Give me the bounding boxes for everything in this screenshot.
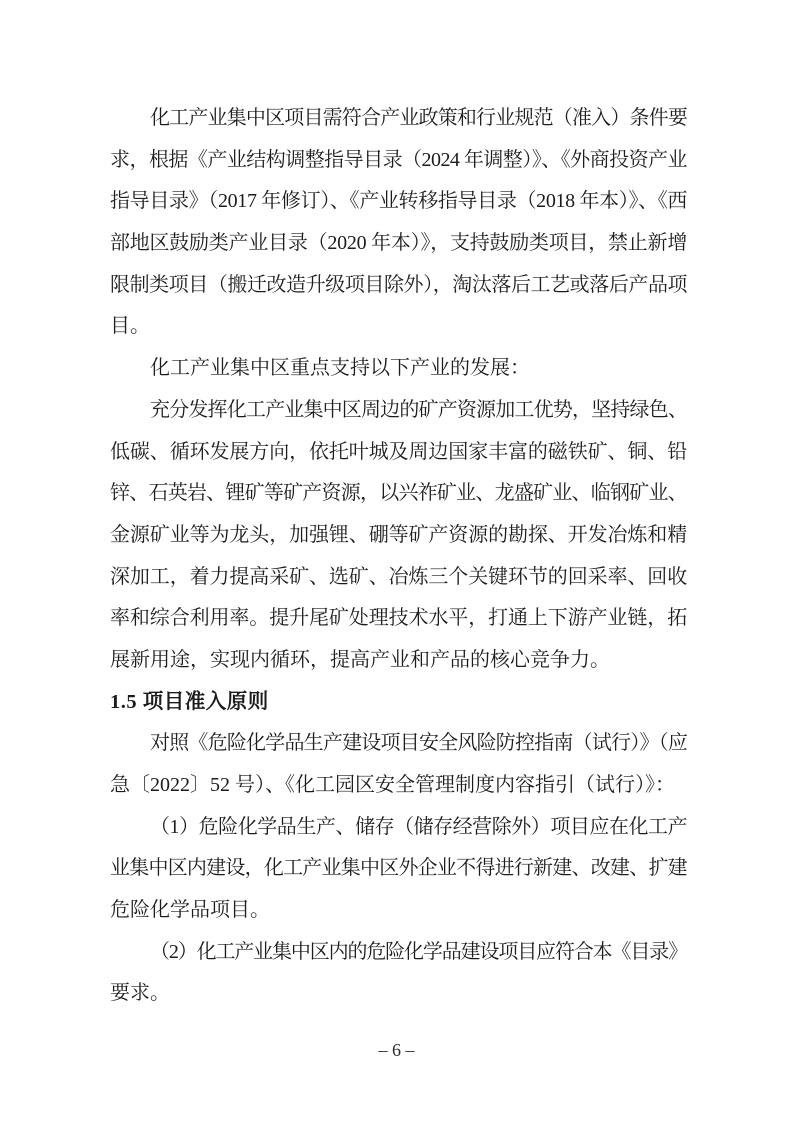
paragraph-line: 危险化学品项目。 xyxy=(110,890,687,932)
paragraph-line: 要求。 xyxy=(110,973,687,1015)
paragraph-line: 限制类项目（搬迁改造升级项目除外），淘汰落后工艺或落后产品项 xyxy=(110,265,687,307)
paragraph-line: （1）危险化学品生产、储存（储存经营除外）项目应在化工产 xyxy=(110,807,687,849)
paragraph-line: 求，根据《产业结构调整指导目录（2024 年调整）》、《外商投资产业 xyxy=(110,140,687,182)
paragraph-line: 率和综合利用率。提升尾矿处理技术水平，打通上下游产业链，拓 xyxy=(110,598,687,640)
text-body: 化工产业集中区项目需符合产业政策和行业规范（准入）条件要求，根据《产业结构调整指… xyxy=(110,98,687,1015)
paragraph-line: 急〔2022〕52 号）、《化工园区安全管理制度内容指引（试行）》： xyxy=(110,765,687,807)
paragraph-line: 低碳、循环发展方向，依托叶城及周边国家丰富的磁铁矿、铜、铅 xyxy=(110,432,687,474)
paragraph-line: 化工产业集中区重点支持以下产业的发展： xyxy=(110,348,687,390)
paragraph-line: 化工产业集中区项目需符合产业政策和行业规范（准入）条件要 xyxy=(110,98,687,140)
paragraph-line: 锌、石英岩、锂矿等矿产资源，以兴祚矿业、龙盛矿业、临钢矿业、 xyxy=(110,473,687,515)
paragraph-line: 业集中区内建设，化工产业集中区外企业不得进行新建、改建、扩建 xyxy=(110,848,687,890)
paragraph-line: 金源矿业等为龙头，加强锂、硼等矿产资源的勘探、开发冶炼和精 xyxy=(110,515,687,557)
paragraph-line: 目。 xyxy=(110,306,687,348)
paragraph-line: 深加工，着力提高采矿、选矿、冶炼三个关键环节的回采率、回收 xyxy=(110,557,687,599)
document-page: 化工产业集中区项目需符合产业政策和行业规范（准入）条件要求，根据《产业结构调整指… xyxy=(0,0,793,1122)
paragraph-line: 指导目录》（2017 年修订）、《产业转移指导目录（2018 年本）》、《西 xyxy=(110,181,687,223)
page-number: – 6 – xyxy=(0,1038,793,1062)
paragraph-line: 部地区鼓励类产业目录（2020 年本）》，支持鼓励类项目，禁止新增 xyxy=(110,223,687,265)
paragraph-line: （2）化工产业集中区内的危险化学品建设项目应符合本《目录》 xyxy=(110,932,687,974)
paragraph-line: 展新用途，实现内循环，提高产业和产品的核心竞争力。 xyxy=(110,640,687,682)
paragraph-line: 对照《危险化学品生产建设项目安全风险防控指南（试行）》（应 xyxy=(110,723,687,765)
section-heading: 1.5 项目准入原则 xyxy=(110,682,687,724)
paragraph-line: 充分发挥化工产业集中区周边的矿产资源加工优势，坚持绿色、 xyxy=(110,390,687,432)
